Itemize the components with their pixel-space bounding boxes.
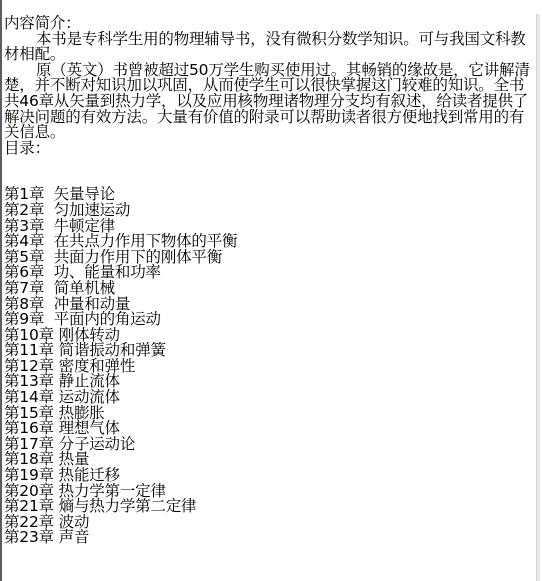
toc-heading: 目录：	[4, 141, 534, 157]
spacer	[4, 156, 534, 187]
window-left-border	[0, 0, 2, 581]
document-body: 内容简介： 本书是专科学生用的物理辅导书，没有微积分数学知识。可与我国文科教材相…	[4, 16, 534, 546]
toc-item: 第23章 声音	[4, 530, 534, 546]
intro-paragraph-1: 本书是专科学生用的物理辅导书，没有微积分数学知识。可与我国文科教材相配。	[4, 32, 534, 63]
scrollbar-track[interactable]	[536, 14, 540, 581]
intro-paragraph-2: 原（英文）书曾被超过50万学生购买使用过。其畅销的缘故是，它讲解清楚，并不断对知…	[4, 63, 534, 141]
toc-list: 第1章 矢量导论 第2章 匀加速运动 第3章 牛顿定律 第4章 在共点力作用下物…	[4, 187, 534, 546]
